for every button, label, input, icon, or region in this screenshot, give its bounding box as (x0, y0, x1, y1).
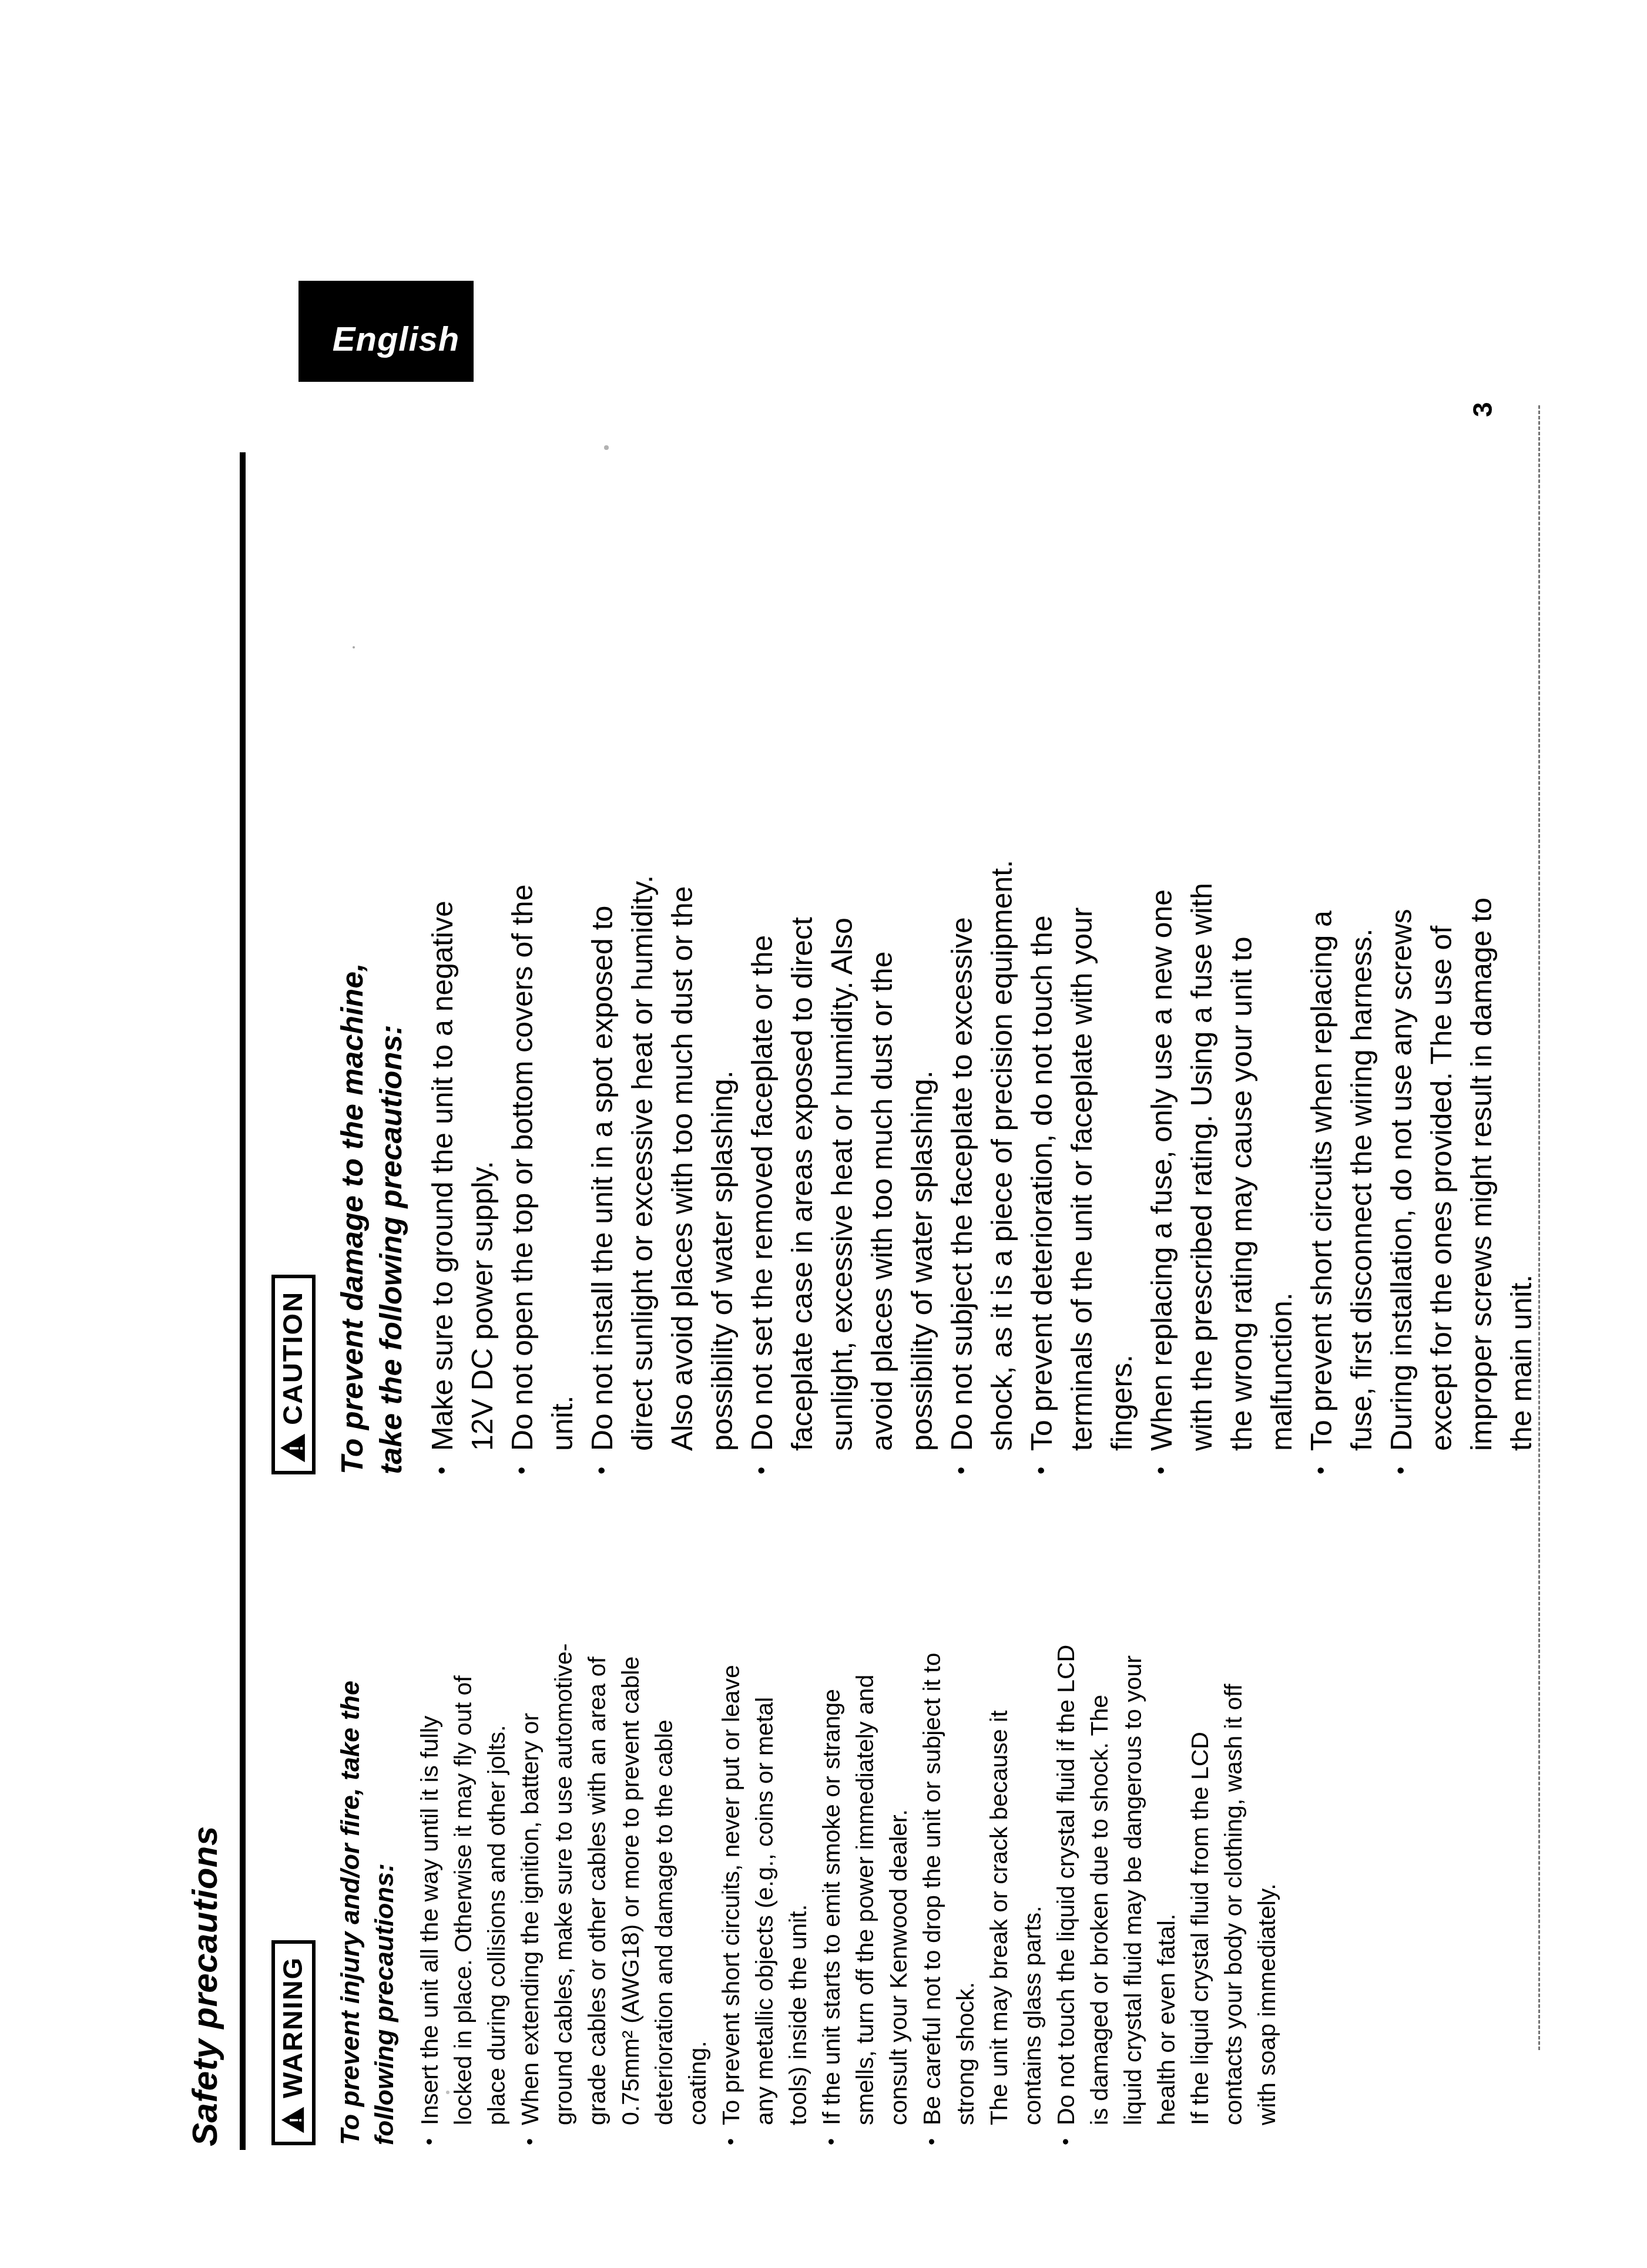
caution-box: ! CAUTION (271, 1275, 316, 1474)
caution-bullet: • Make sure to ground the unit to a nega… (422, 558, 502, 1474)
warning-triangle-icon: ! (281, 2106, 304, 2133)
bullet-text: Do not touch the liquid crystal fluid if… (1049, 1645, 1284, 2125)
bullet-text: During installation, do not use any scre… (1381, 898, 1541, 1451)
bullet-text: Do not install the unit in a spot expose… (582, 875, 742, 1451)
bullet-marker: • (422, 1451, 462, 1474)
title-rule (240, 452, 246, 2150)
bullet-marker: • (742, 1451, 782, 1474)
bullet-text: Insert the unit all the way until it is … (413, 1675, 514, 2125)
bullet-marker: • (1381, 1451, 1421, 1474)
caution-bullet: • When replacing a fuse, only use a new … (1142, 558, 1302, 1474)
bullet-marker: • (582, 1451, 622, 1474)
warning-bullet: • To prevent short circuits, never put o… (715, 1452, 815, 2145)
bullet-text: Do not set the removed faceplate or the … (742, 917, 942, 1451)
warning-heading: To prevent injury and/or fire, take the … (333, 1452, 401, 2145)
bullet-marker: • (1302, 1451, 1341, 1474)
bullet-marker: • (942, 1451, 982, 1474)
bullet-marker: • (413, 2125, 447, 2145)
bullet-text: Do not subject the faceplate to excessiv… (942, 860, 1022, 1451)
caution-bullet: • Do not subject the faceplate to excess… (942, 558, 1022, 1474)
bullet-text: To prevent short circuits, never put or … (715, 1665, 815, 2125)
caution-bullet: • Do not install the unit in a spot expo… (582, 558, 742, 1474)
bullet-text: When replacing a fuse, only use a new on… (1142, 883, 1302, 1451)
exclamation-glyph: ! (285, 1444, 305, 1451)
warning-triangle-icon: ! (280, 1433, 306, 1463)
footer-rule (1538, 405, 1540, 2050)
bullet-marker: • (1049, 2125, 1083, 2145)
bullet-marker: • (514, 2125, 547, 2145)
bullet-text: Make sure to ground the unit to a negati… (422, 901, 502, 1451)
warning-box-label: WARNING (279, 1957, 306, 2098)
rotated-page-content: Safety precautions ! WARNING To prevent … (188, 117, 1628, 2150)
bullet-marker: • (915, 2125, 949, 2145)
bullet-text: To prevent deterioration, do not touch t… (1022, 908, 1142, 1451)
warning-bullet: • Do not touch the liquid crystal fluid … (1049, 1452, 1284, 2145)
bullet-marker: • (1022, 1451, 1062, 1474)
caution-bullet-list: • Make sure to ground the unit to a nega… (422, 558, 1541, 1474)
warning-bullet: • If the unit starts to emit smoke or st… (815, 1452, 915, 2145)
bullet-marker: • (502, 1451, 542, 1474)
page-number: 3 (1467, 402, 1498, 417)
bullet-text: When extending the ignition, battery or … (514, 1644, 715, 2125)
warning-box: ! WARNING (271, 1940, 316, 2145)
warning-bullet: • Be careful not to drop the unit or sub… (915, 1452, 1049, 2145)
page-title: Safety precautions (185, 1826, 225, 2146)
exclamation-glyph: ! (287, 2116, 304, 2123)
caution-bullet: • To prevent short circuits when replaci… (1302, 558, 1381, 1474)
caution-bullet: • Do not open the top or bottom covers o… (502, 558, 582, 1474)
caution-bullet: • During installation, do not use any sc… (1381, 558, 1541, 1474)
caution-bullet: • To prevent deterioration, do not touch… (1022, 558, 1142, 1474)
caution-section: ! CAUTION To prevent damage to the machi… (271, 558, 1541, 1474)
warning-bullet-list: • Insert the unit all the way until it i… (413, 1452, 1284, 2145)
bullet-text: To prevent short circuits when replacing… (1302, 910, 1381, 1451)
bullet-marker: • (815, 2125, 848, 2145)
caution-box-label: CAUTION (279, 1291, 306, 1425)
bullet-text: If the unit starts to emit smoke or stra… (815, 1675, 915, 2125)
bullet-marker: • (715, 2125, 748, 2145)
caution-bullet: • Do not set the removed faceplate or th… (742, 558, 942, 1474)
scanned-manual-page: English Safety precautions ! WARNING To … (0, 0, 1647, 2268)
warning-section: ! WARNING To prevent injury and/or fire,… (271, 1452, 1284, 2145)
warning-bullet: • Insert the unit all the way until it i… (413, 1452, 514, 2145)
bullet-marker: • (1142, 1451, 1182, 1474)
bullet-text: Be careful not to drop the unit or subje… (915, 1652, 1049, 2125)
bullet-text: Do not open the top or bottom covers of … (502, 885, 582, 1451)
warning-bullet: • When extending the ignition, battery o… (514, 1452, 715, 2145)
caution-heading: To prevent damage to the machine, take t… (333, 558, 411, 1474)
